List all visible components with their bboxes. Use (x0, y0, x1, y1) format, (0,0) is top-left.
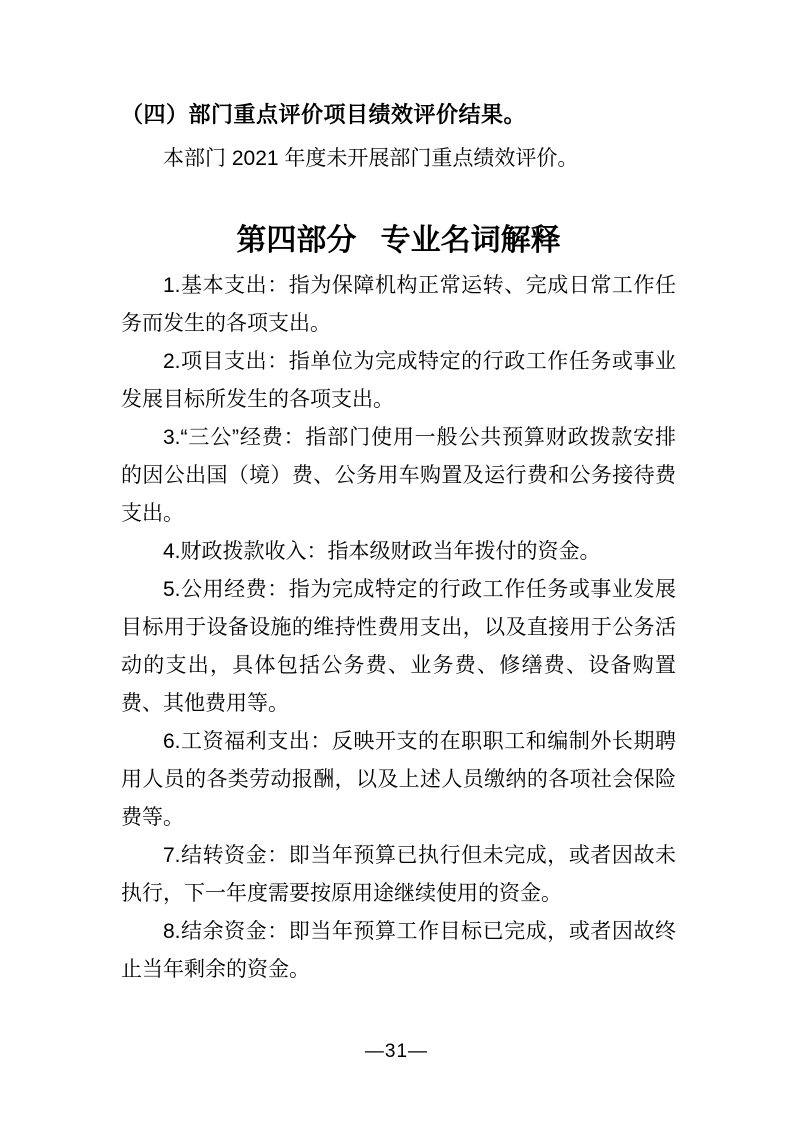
definition-item: 1.基本支出：指为保障机构正常运转、完成日常工作任务而发生的各项支出。 (121, 267, 676, 343)
definition-item: 5.公用经费：指为完成特定的行政工作任务或事业发展目标用于设备设施的维持性费用支… (121, 571, 676, 723)
part-title: 第四部分 专业名词解释 (121, 220, 676, 262)
document-page: （四）部门重点评价项目绩效评价结果。 本部门 2021 年度未开展部门重点绩效评… (0, 0, 793, 1121)
definition-item: 3.“三公”经费：指部门使用一般公共预算财政拨款安排的因公出国（境）费、公务用车… (121, 419, 676, 533)
definitions-list: 1.基本支出：指为保障机构正常运转、完成日常工作任务而发生的各项支出。 2.项目… (121, 267, 676, 989)
definition-item: 7.结转资金：即当年预算已执行但未完成，或者因故未执行，下一年度需要按原用途继续… (121, 837, 676, 913)
section-heading: （四）部门重点评价项目绩效评价结果。 (121, 101, 676, 129)
page-number: —31— (0, 1040, 793, 1064)
definition-item: 2.项目支出：指单位为完成特定的行政工作任务或事业发展目标所发生的各项支出。 (121, 343, 676, 419)
section-paragraph: 本部门 2021 年度未开展部门重点绩效评价。 (121, 140, 676, 178)
definition-item: 4.财政拨款收入：指本级财政当年拨付的资金。 (121, 533, 676, 571)
definition-item: 8.结余资金：即当年预算工作目标已完成，或者因故终止当年剩余的资金。 (121, 913, 676, 989)
definition-item: 6.工资福利支出：反映开支的在职职工和编制外长期聘用人员的各类劳动报酬，以及上述… (121, 723, 676, 837)
